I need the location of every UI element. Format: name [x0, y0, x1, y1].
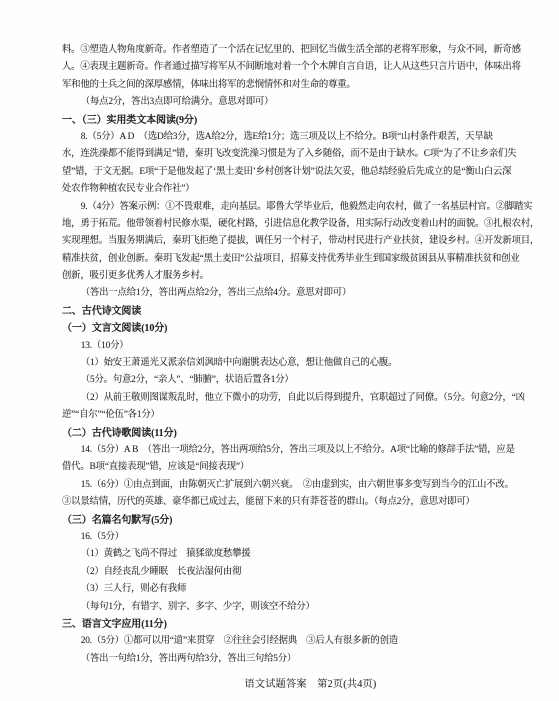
- text-line: （2）从前王敬则图谋叛乱时，他立下微小的功劳，自此以后得到提升，官职超过了同僚。…: [62, 390, 504, 407]
- text-line: 料。③塑造人物角度新奇。作者塑造了一个活在记忆里的、把回忆当做生活全部的老将军形…: [62, 42, 504, 59]
- page-footer: 语文试题答案 第2页(共4页): [0, 676, 559, 693]
- text-line: 13.（10分）: [62, 338, 504, 355]
- text-line: 处农作物种植农民专业合作社”）: [62, 181, 504, 198]
- text-line: （5分。句意2分，“亲人”、“肺腑”，状语后置各1分）: [62, 372, 504, 389]
- text-line: 借代。B项“直接表现”错，应该是“间接表现”）: [62, 459, 504, 476]
- section-heading: 三、语言文字应用(11分): [62, 616, 504, 633]
- text-line: 9.（4分）答案示例：①不畏艰难，走向基层。耶鲁大学毕业后，他毅然走向农村，做了…: [62, 199, 504, 216]
- text-line: 人。④表现主题新奇。作者通过描写将军从不间断地对着一个个木牌自言自语，让人从这些…: [62, 59, 504, 76]
- text-line: （2）自经丧乱少睡眠 长夜沾湿何由彻: [62, 564, 504, 581]
- text-line: （每点2分，答出3点即可给满分。意思对即可）: [62, 94, 504, 111]
- text-line: （1）始安王萧遥光又派亲信刘沨暗中向谢朓表达心意，想让他做自己的心腹。: [62, 355, 504, 372]
- text-line: 20.（5分）①都可以用“道”来贯穿 ②往往会引经据典 ③后人有很多新的创造: [62, 633, 504, 650]
- answer-sheet-page: 料。③塑造人物角度新奇。作者塑造了一个活在记忆里的、把回忆当做生活全部的老将军形…: [0, 0, 559, 701]
- text-line: 望”错，于文无据。E项“于是他发起了‘黑土麦田’乡村创客计划”说法欠妥，他总结经…: [62, 164, 504, 181]
- page-lines: 料。③塑造人物角度新奇。作者塑造了一个活在记忆里的、把回忆当做生活全部的老将军形…: [62, 42, 504, 693]
- text-line: （1）黄鹤之飞尚不得过 猿猱欲度愁攀援: [62, 546, 504, 563]
- text-line: 逆”“自尔”“伦伍”各1分）: [62, 407, 504, 424]
- text-line: （每句1分，有错字、别字、多字、少字，则该空不给分）: [62, 599, 504, 616]
- text-line: 创新，吸引更多优秀人才服务乡村。: [62, 268, 504, 285]
- text-line: 8.（5分）A D （选D给3分，选A给2分，选E给1分；选三项及以上不给分。B…: [62, 129, 504, 146]
- text-line: 16.（5分）: [62, 529, 504, 546]
- section-heading: （一）文言文阅读(10分): [62, 320, 504, 337]
- section-heading: 二、古代诗文阅读: [62, 303, 504, 320]
- text-line: 地，勇于拓荒。他带领着村民修水渠，硬化村路，引进信息化教学设备，用实际行动改变着…: [62, 216, 504, 233]
- section-heading: （二）古代诗歌阅读(11分): [62, 425, 504, 442]
- text-line: 实现理想。当服务期满后，秦玥飞拒绝了提拔，调任另一个村子，带动村民进行产业扶贫，…: [62, 233, 504, 250]
- text-line: （答出一点给1分，答出两点给2分，答出三点给4分。意思对即可）: [62, 285, 504, 302]
- section-heading: （三）名篇名句默写(5分): [62, 512, 504, 529]
- text-line: 精准扶贫，创业创新。秦玥飞发起“黑土麦田”公益项目，招募支持优秀毕业生到国家级贫…: [62, 251, 504, 268]
- section-heading: 一、（三）实用类文本阅读(9分): [62, 112, 504, 129]
- text-line: 15.（6分）①由点到面，由陈朝灭亡扩展到六朝兴衰。 ②由虚到实，由六朝世事多变…: [62, 477, 504, 494]
- text-line: ③以景结情，历代的英雄、豪华都已成过去，能留下来的只有莽苍苍的群山。（每点2分，…: [62, 494, 504, 511]
- text-line: （答出一句给1分，答出两句给3分，答出三句给5分）: [62, 651, 504, 668]
- text-line: 14.（5分）A B （答出一项给2分，答出两项给5分，答出三项及以上不给分。A…: [62, 442, 504, 459]
- text-line: （3）三人行，则必有我师: [62, 581, 504, 598]
- text-line: 军和他的士兵之间的深厚感情，体味出将军的悲悯情怀和对生命的尊重。: [62, 77, 504, 94]
- text-line: 水，连洗澡都不能得到满足”错，秦玥飞改变洗澡习惯是为了入乡随俗，而不是由于缺水。…: [62, 146, 504, 163]
